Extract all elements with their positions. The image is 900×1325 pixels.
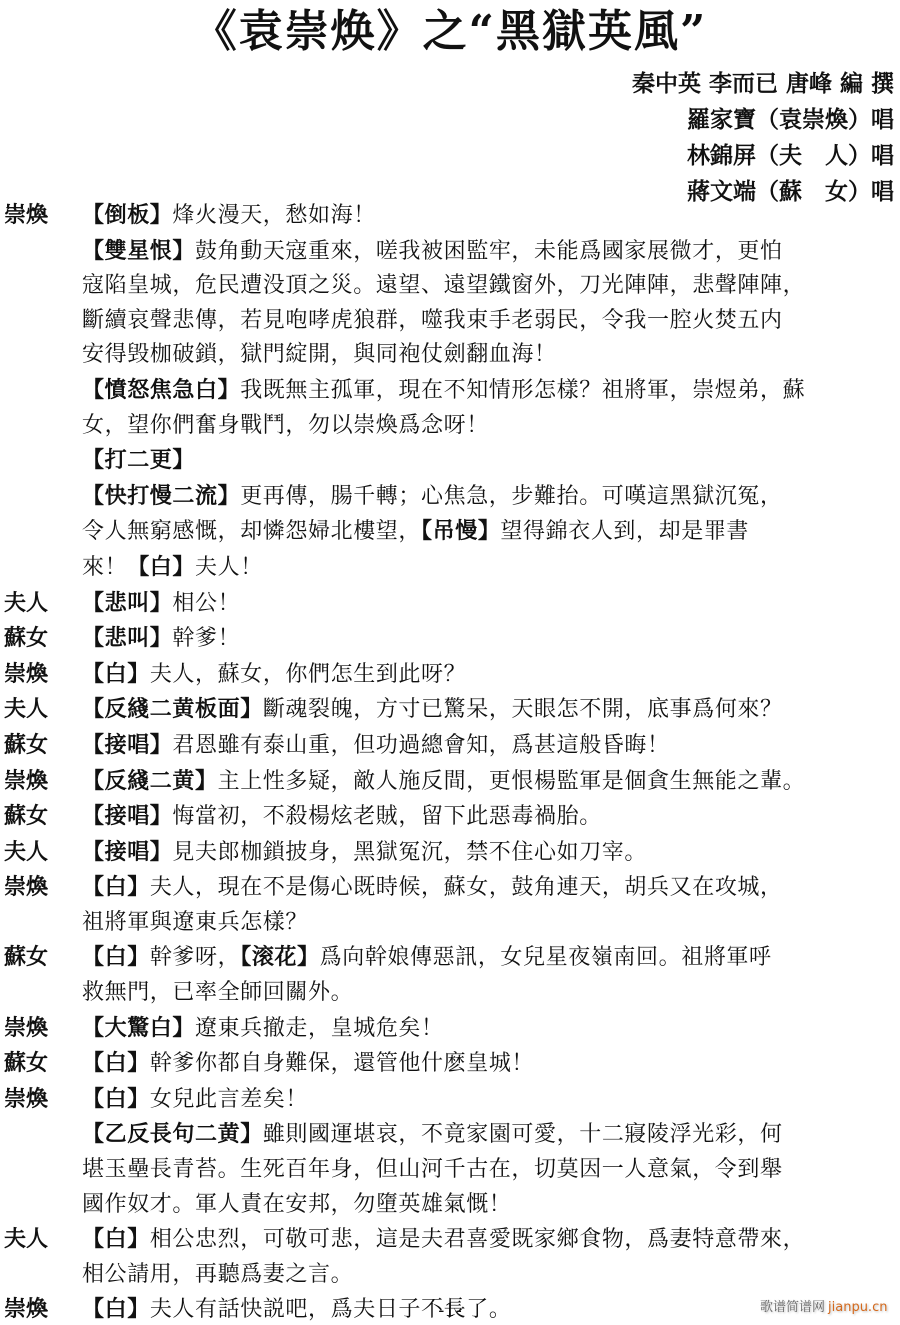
speaker-label: 蘇女 [0,1046,82,1080]
dialogue-entry: 崇煥【白】夫人，蘇女，你們怎生到此呀？ [0,657,900,693]
dialogue-lines: 【白】夫人，蘇女，你們怎生到此呀？ [82,657,900,693]
dialogue-entry: 蘇女【接唱】悔當初，不殺楊炫老賊，留下此惡毒禍胎。 [0,799,900,835]
lyric-text: 斷魂裂魄，方寸已驚呆，天眼怎不開，底事爲何來？ [263,697,783,722]
lyric-text: 君恩雖有泰山重，但功過總會知，爲甚這般昏晦！ [172,733,669,758]
dialogue-line: 來！【白】夫人！ [82,550,900,586]
tune-tag: 【白】 [82,1226,150,1252]
dialogue-entry: 蘇女【白】幹爹你都自身難保，還管他什麽皇城！ [0,1046,900,1082]
dialogue-line: 斷續哀聲悲傳，若見咆哮虎狼群，噬我束手老弱民，令我一腔火焚五内 [82,304,900,339]
dialogue-lines: 【反綫二黄板面】斷魂裂魄，方寸已驚呆，天眼怎不開，底事爲何來？ [82,692,900,728]
dialogue-entry: 蘇女【接唱】君恩雖有泰山重，但功過總會知，爲甚這般昏晦！ [0,728,900,764]
tune-tag: 【白】 [127,554,195,580]
lyric-text: 幹爹你都自身難保，還管他什麽皇城！ [150,1051,534,1076]
tune-tag: 【快打慢二流】 [82,483,240,509]
speaker-label: 夫人 [0,692,82,726]
dialogue-line: 救無門，已率全師回關外。 [82,976,900,1011]
dialogue-lines: 【接唱】見夫郎枷鎖披身，黑獄冤沉，禁不住心如刀宰。 [82,835,900,871]
dialogue-entry: 崇煥【倒板】烽火漫天，愁如海！【雙星恨】鼓角動天寇重來，嗟我被困監牢，未能爲國家… [0,198,900,586]
lyric-text: 爲向幹娘傳惡訊，女兒星夜嶺南回。祖將軍呼 [320,945,772,970]
tune-tag: 【白】 [82,874,150,900]
credits-block: 秦中英 李而已 唐峰 編 撰 羅家寶（袁崇煥）唱 林錦屏（夫 人）唱 蔣文端（蘇… [632,66,894,210]
lyric-text: 來！ [82,555,127,580]
dialogue-entry: 夫人【白】相公忠烈，可敬可悲，這是夫君喜愛既家鄉食物，爲妻特意帶來，相公請用，再… [0,1222,900,1292]
dialogue-line: 【反綫二黄】主上性多疑，敵人施反間，更恨楊監軍是個貪生無能之輩。 [82,764,900,800]
dialogue-lines: 【悲叫】幹爹！ [82,621,900,657]
speaker-label: 夫人 [0,1222,82,1256]
lyric-text: 鼓角動天寇重來，嗟我被困監牢，未能爲國家展微才，更怕 [195,239,783,264]
authors-credit: 秦中英 李而已 唐峰 編 撰 [632,66,894,102]
speaker-label: 蘇女 [0,621,82,655]
lyric-text: 令人無窮感慨，却憐怨婦北樓望， [82,519,421,544]
lyric-text: 祖將軍與遼東兵怎樣？ [82,910,308,935]
lyric-text: 國作奴才。軍人責在安邦，勿墮英雄氣慨！ [82,1192,511,1217]
dialogue-line: 祖將軍與遼東兵怎樣？ [82,906,900,941]
script-body: 崇煥【倒板】烽火漫天，愁如海！【雙星恨】鼓角動天寇重來，嗟我被困監牢，未能爲國家… [0,198,900,1325]
tune-tag: 【倒板】 [82,202,172,228]
speaker-label: 崇煥 [0,1011,82,1045]
tune-tag: 【悲叫】 [82,625,172,651]
dialogue-lines: 【白】夫人，現在不是傷心既時候，蘇女，鼓角連天，胡兵又在攻城，祖將軍與遼東兵怎樣… [82,870,900,940]
lyric-text: 我既無主孤軍，現在不知情形怎樣？祖將軍，崇煜弟，蘇 [240,378,805,403]
dialogue-line: 【乙反長句二黄】雖則國運堪哀，不竟家園可愛，十二寢陵浮光彩，何 [82,1117,900,1153]
tune-tag: 【白】 [82,1050,150,1076]
dialogue-entry: 夫人【反綫二黄板面】斷魂裂魄，方寸已驚呆，天眼怎不開，底事爲何來？ [0,692,900,728]
watermark-site: jianpu.cn [828,1300,887,1315]
tune-tag: 【接唱】 [82,839,172,865]
dialogue-line: 【接唱】見夫郎枷鎖披身，黑獄冤沉，禁不住心如刀宰。 [82,835,900,871]
tune-tag: 【大驚白】 [82,1015,195,1041]
dialogue-entry: 崇煥【白】夫人，現在不是傷心既時候，蘇女，鼓角連天，胡兵又在攻城，祖將軍與遼東兵… [0,870,900,940]
tune-tag: 【接唱】 [82,732,172,758]
singer-credit-wife: 林錦屏（夫 人）唱 [632,138,894,174]
lyric-text: 遼東兵撤走，皇城危矣！ [195,1016,444,1041]
dialogue-lines: 【倒板】烽火漫天，愁如海！【雙星恨】鼓角動天寇重來，嗟我被困監牢，未能爲國家展微… [82,198,900,586]
dialogue-line: 【大驚白】遼東兵撤走，皇城危矣！ [82,1011,900,1047]
speaker-label: 夫人 [0,835,82,869]
speaker-label: 崇煥 [0,1082,82,1116]
dialogue-lines: 【大驚白】遼東兵撤走，皇城危矣！ [82,1011,900,1047]
dialogue-line: 【悲叫】相公！ [82,586,900,622]
lyric-text: 悔當初，不殺楊炫老賊，留下此惡毒禍胎。 [172,804,601,829]
dialogue-line: 【白】夫人，現在不是傷心既時候，蘇女，鼓角連天，胡兵又在攻城， [82,870,900,906]
dialogue-line: 寇陷皇城，危民遭没頂之災。遠望、遠望鐵窗外，刀光陣陣，悲聲陣陣， [82,269,900,304]
dialogue-line: 令人無窮感慨，却憐怨婦北樓望，【吊慢】望得錦衣人到，却是罪書 [82,514,900,550]
speaker-label: 崇煥 [0,657,82,691]
tune-tag: 【打二更】 [82,447,195,473]
lyric-text: 夫人，蘇女，你們怎生到此呀？ [150,662,466,687]
dialogue-line: 【白】相公忠烈，可敬可悲，這是夫君喜愛既家鄉食物，爲妻特意帶來， [82,1222,900,1258]
lyric-text: 夫人！ [195,555,263,580]
dialogue-line: 【接唱】君恩雖有泰山重，但功過總會知，爲甚這般昏晦！ [82,728,900,764]
tune-tag: 【乙反長句二黄】 [82,1121,263,1147]
tune-tag: 【憤怒焦急白】 [82,377,240,403]
dialogue-entry: 崇煥【大驚白】遼東兵撤走，皇城危矣！ [0,1011,900,1047]
lyric-text: 見夫郎枷鎖披身，黑獄冤沉，禁不住心如刀宰。 [172,840,647,865]
dialogue-lines: 【接唱】悔當初，不殺楊炫老賊，留下此惡毒禍胎。 [82,799,900,835]
dialogue-entry: 夫人【接唱】見夫郎枷鎖披身，黑獄冤沉，禁不住心如刀宰。 [0,835,900,871]
dialogue-line: 【憤怒焦急白】我既無主孤軍，現在不知情形怎樣？祖將軍，崇煜弟，蘇 [82,373,900,409]
singer-credit-yuan: 羅家寶（袁崇煥）唱 [632,102,894,138]
dialogue-line: 【悲叫】幹爹！ [82,621,900,657]
dialogue-entry: 夫人【悲叫】相公！ [0,586,900,622]
lyric-text: 堪玉壘長青苔。生死百年身，但山河千古在，切莫因一人意氣，令到舉 [82,1157,783,1182]
tune-tag: 【接唱】 [82,803,172,829]
speaker-label: 崇煥 [0,870,82,904]
dialogue-line: 安得毁枷破鎖，獄門綻開，與同袍仗劍翻血海！ [82,338,900,373]
lyric-text: 更再傳，腸千轉；心焦急，步難抬。可嘆這黑獄沉冤， [240,484,782,509]
tune-tag: 【反綫二黄板面】 [82,696,263,722]
lyric-text: 主上性多疑，敵人施反間，更恨楊監軍是個貪生無能之輩。 [218,769,806,794]
dialogue-line: 【反綫二黄板面】斷魂裂魄，方寸已驚呆，天眼怎不開，底事爲何來？ [82,692,900,728]
dialogue-line: 堪玉壘長青苔。生死百年身，但山河千古在，切莫因一人意氣，令到舉 [82,1153,900,1188]
lyric-text: 烽火漫天，愁如海！ [172,203,375,228]
tune-tag: 【滚花】 [240,944,319,970]
lyric-text: 相公請用，再聽爲妻之言。 [82,1262,353,1287]
lyric-text: 救無門，已率全師回關外。 [82,980,353,1005]
watermark-cn: 歌谱简谱网 [760,1300,825,1315]
lyric-text: 相公！ [172,591,240,616]
speaker-label: 蘇女 [0,728,82,762]
dialogue-line: 【白】女兒此言差矣！ [82,1082,900,1118]
dialogue-line: 【白】夫人，蘇女，你們怎生到此呀？ [82,657,900,693]
dialogue-line: 相公請用，再聽爲妻之言。 [82,1258,900,1293]
dialogue-line: 【倒板】烽火漫天，愁如海！ [82,198,900,234]
dialogue-entry: 崇煥【反綫二黄】主上性多疑，敵人施反間，更恨楊監軍是個貪生無能之輩。 [0,764,900,800]
tune-tag: 【悲叫】 [82,590,172,616]
tune-tag: 【雙星恨】 [82,238,195,264]
lyric-text: 望得錦衣人到，却是罪書 [500,519,749,544]
tune-tag: 【白】 [82,1086,150,1112]
tune-tag: 【吊慢】 [421,518,500,544]
lyric-text: 相公忠烈，可敬可悲，這是夫君喜愛既家鄉食物，爲妻特意帶來， [150,1227,805,1252]
speaker-label: 夫人 [0,586,82,620]
dialogue-line: 【接唱】悔當初，不殺楊炫老賊，留下此惡毒禍胎。 [82,799,900,835]
lyric-text: 幹爹！ [172,626,240,651]
watermark: 歌谱简谱网jianpu.cn [760,1296,887,1315]
dialogue-line: 【白】幹爹你都自身難保，還管他什麽皇城！ [82,1046,900,1082]
lyric-text: 幹爹呀， [150,945,240,970]
lyric-text: 女，望你們奮身戰鬥，勿以崇煥爲念呀！ [82,413,489,438]
lyric-text: 寇陷皇城，危民遭没頂之災。遠望、遠望鐵窗外，刀光陣陣，悲聲陣陣， [82,273,805,298]
tune-tag: 【白】 [82,944,150,970]
dialogue-lines: 【白】幹爹呀，【滚花】爲向幹娘傳惡訊，女兒星夜嶺南回。祖將軍呼救無門，已率全師回… [82,940,900,1010]
dialogue-lines: 【白】女兒此言差矣！【乙反長句二黄】雖則國運堪哀，不竟家園可愛，十二寢陵浮光彩，… [82,1082,900,1222]
lyric-text: 雖則國運堪哀，不竟家園可愛，十二寢陵浮光彩，何 [263,1122,783,1147]
lyric-text: 安得毁枷破鎖，獄門綻開，與同袍仗劍翻血海！ [82,342,557,367]
dialogue-lines: 【悲叫】相公！ [82,586,900,622]
dialogue-entry: 蘇女【悲叫】幹爹！ [0,621,900,657]
speaker-label: 蘇女 [0,940,82,974]
document-title: 《袁崇焕》之“黑獄英風” [0,2,900,62]
dialogue-line: 【打二更】 [82,443,900,479]
dialogue-entry: 蘇女【白】幹爹呀，【滚花】爲向幹娘傳惡訊，女兒星夜嶺南回。祖將軍呼救無門，已率全… [0,940,900,1010]
dialogue-line: 【雙星恨】鼓角動天寇重來，嗟我被困監牢，未能爲國家展微才，更怕 [82,234,900,270]
dialogue-line: 女，望你們奮身戰鬥，勿以崇煥爲念呀！ [82,409,900,444]
tune-tag: 【反綫二黄】 [82,768,218,794]
dialogue-line: 【白】幹爹呀，【滚花】爲向幹娘傳惡訊，女兒星夜嶺南回。祖將軍呼 [82,940,900,976]
dialogue-lines: 【反綫二黄】主上性多疑，敵人施反間，更恨楊監軍是個貪生無能之輩。 [82,764,900,800]
tune-tag: 【白】 [82,661,150,687]
dialogue-lines: 【白】幹爹你都自身難保，還管他什麽皇城！ [82,1046,900,1082]
lyric-text: 女兒此言差矣！ [150,1087,308,1112]
dialogue-lines: 【白】相公忠烈，可敬可悲，這是夫君喜愛既家鄉食物，爲妻特意帶來，相公請用，再聽爲… [82,1222,900,1292]
lyric-text: 夫人，現在不是傷心既時候，蘇女，鼓角連天，胡兵又在攻城， [150,875,783,900]
dialogue-entry: 崇煥【白】女兒此言差矣！【乙反長句二黄】雖則國運堪哀，不竟家園可愛，十二寢陵浮光… [0,1082,900,1222]
dialogue-line: 國作奴才。軍人責在安邦，勿墮英雄氣慨！ [82,1188,900,1223]
speaker-label: 崇煥 [0,764,82,798]
dialogue-line: 【快打慢二流】更再傳，腸千轉；心焦急，步難抬。可嘆這黑獄沉冤， [82,479,900,515]
speaker-label: 崇煥 [0,198,82,232]
speaker-label: 蘇女 [0,799,82,833]
lyric-text: 斷續哀聲悲傳，若見咆哮虎狼群，噬我束手老弱民，令我一腔火焚五内 [82,308,783,333]
dialogue-lines: 【接唱】君恩雖有泰山重，但功過總會知，爲甚這般昏晦！ [82,728,900,764]
